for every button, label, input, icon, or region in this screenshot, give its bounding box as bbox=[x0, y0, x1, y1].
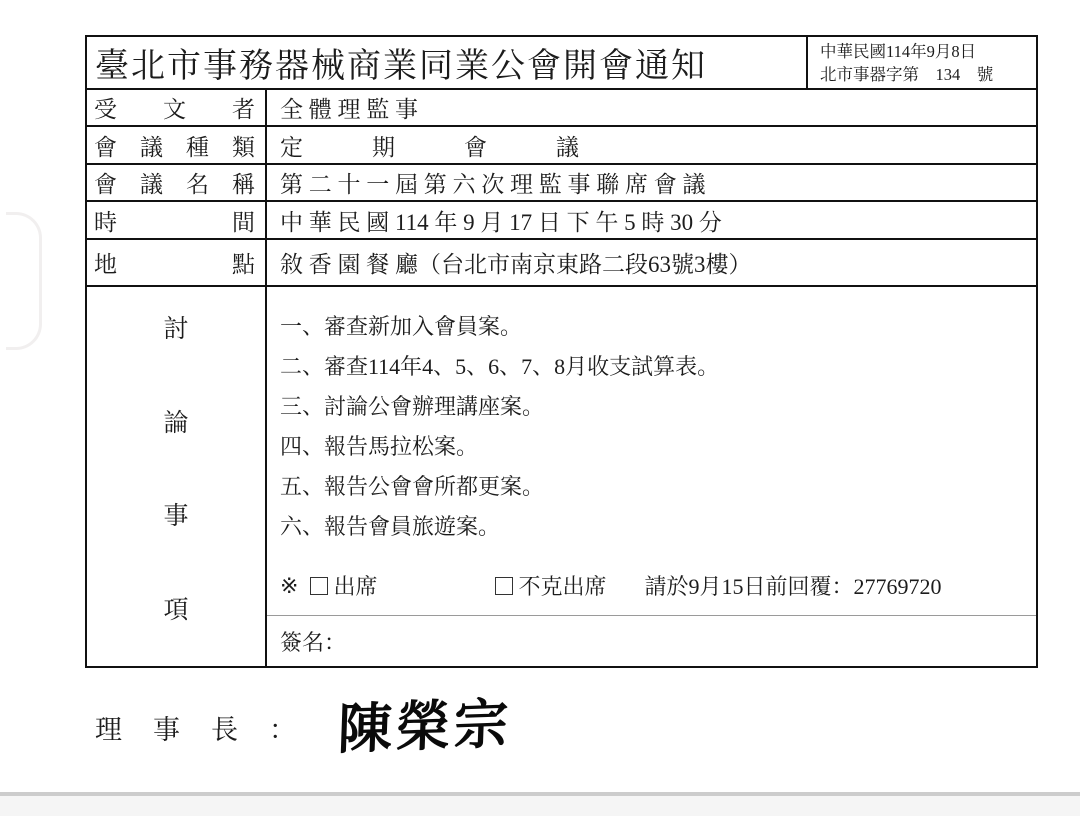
meeting-type-value: 定 期 會 議 bbox=[267, 127, 1036, 163]
chairman-signature-block: 理 事 長 ： 陳榮宗 bbox=[95, 700, 512, 754]
agenda-item-6: 六、報告會員旅遊案。 bbox=[280, 507, 1036, 547]
document-number: 北市事器字第 134 號 bbox=[820, 63, 1036, 86]
chairman-label: 理 事 長 ： bbox=[95, 708, 298, 747]
discussion-label-char: 事 bbox=[163, 496, 188, 532]
agenda-item-5: 五、報告公會會所都更案。 bbox=[280, 467, 1036, 507]
document-reference-block: 中華民國114年9月8日 北市事器字第 134 號 bbox=[806, 37, 1036, 88]
meeting-name-label: 會 議 名 稱 bbox=[87, 165, 267, 200]
document-date: 中華民國114年9月8日 bbox=[820, 40, 1036, 63]
meeting-time-value: 中 華 民 國 114 年 9 月 17 日 下 午 5 時 30 分 bbox=[267, 202, 1036, 238]
document-title: 臺北市事務器械商業同業公會開會通知 bbox=[87, 37, 806, 88]
meeting-notice-document: 臺北市事務器械商業同業公會開會通知 中華民國114年9月8日 北市事器字第 13… bbox=[85, 35, 1038, 668]
meeting-place-row: 地 點 敘 香 園 餐 廳（台北市南京東路二段63號3樓） bbox=[87, 240, 1036, 287]
signature-field: 簽名： bbox=[267, 615, 1036, 666]
agenda-item-4: 四、報告馬拉松案。 bbox=[280, 427, 1036, 467]
meeting-place-value: 敘 香 園 餐 廳（台北市南京東路二段63號3樓） bbox=[267, 240, 1036, 285]
agenda-item-2: 二、審查114年4、5、6、7、8月收支試算表。 bbox=[280, 347, 1036, 387]
attend-option: 出席 bbox=[310, 570, 377, 601]
recipient-value: 全 體 理 監 事 bbox=[267, 90, 1036, 125]
recipient-label: 受 文 者 bbox=[87, 90, 267, 125]
decline-label: 不克出席 bbox=[518, 570, 606, 601]
agenda-list: 一、審查新加入會員案。 二、審查114年4、5、6、7、8月收支試算表。 三、討… bbox=[267, 287, 1036, 615]
decline-option: 不克出席 bbox=[495, 570, 606, 601]
discussion-content-column: 一、審查新加入會員案。 二、審查114年4、5、6、7、8月收支試算表。 三、討… bbox=[267, 287, 1036, 666]
viewer-background-strip bbox=[0, 796, 1080, 816]
meeting-type-row: 會 議 種 類 定 期 會 議 bbox=[87, 127, 1036, 165]
attendance-reply-line: ※ 出席 不克出席 請於9月15日前回覆：27769720 bbox=[280, 570, 1036, 601]
discussion-label-char: 論 bbox=[163, 403, 188, 439]
agenda-item-1: 一、審查新加入會員案。 bbox=[280, 307, 1036, 347]
decline-checkbox bbox=[495, 577, 513, 595]
meeting-time-row: 時 間 中 華 民 國 114 年 9 月 17 日 下 午 5 時 30 分 bbox=[87, 202, 1036, 240]
faint-page-curl-artifact bbox=[6, 212, 42, 350]
discussion-label-char: 項 bbox=[163, 590, 188, 626]
signature-field-label: 簽名： bbox=[280, 626, 346, 657]
meeting-name-value: 第 二 十 一 屆 第 六 次 理 監 事 聯 席 會 議 bbox=[267, 165, 1036, 200]
reference-mark: ※ bbox=[280, 573, 298, 599]
agenda-item-3: 三、討論公會辦理講座案。 bbox=[280, 387, 1036, 427]
meeting-place-label: 地 點 bbox=[87, 240, 267, 285]
reply-deadline-note: 請於9月15日前回覆：27769720 bbox=[644, 570, 941, 601]
meeting-type-label: 會 議 種 類 bbox=[87, 127, 267, 163]
title-row: 臺北市事務器械商業同業公會開會通知 中華民國114年9月8日 北市事器字第 13… bbox=[87, 37, 1036, 90]
attend-checkbox bbox=[310, 577, 328, 595]
meeting-time-label: 時 間 bbox=[87, 202, 267, 238]
discussion-row: 討 論 事 項 一、審查新加入會員案。 二、審查114年4、5、6、7、8月收支… bbox=[87, 287, 1036, 666]
discussion-label-char: 討 bbox=[163, 309, 188, 345]
chairman-handwritten-signature: 陳榮宗 bbox=[337, 697, 513, 757]
discussion-label-column: 討 論 事 項 bbox=[87, 287, 267, 666]
meeting-name-row: 會 議 名 稱 第 二 十 一 屆 第 六 次 理 監 事 聯 席 會 議 bbox=[87, 165, 1036, 202]
attend-label: 出席 bbox=[333, 570, 377, 601]
recipient-row: 受 文 者 全 體 理 監 事 bbox=[87, 90, 1036, 127]
